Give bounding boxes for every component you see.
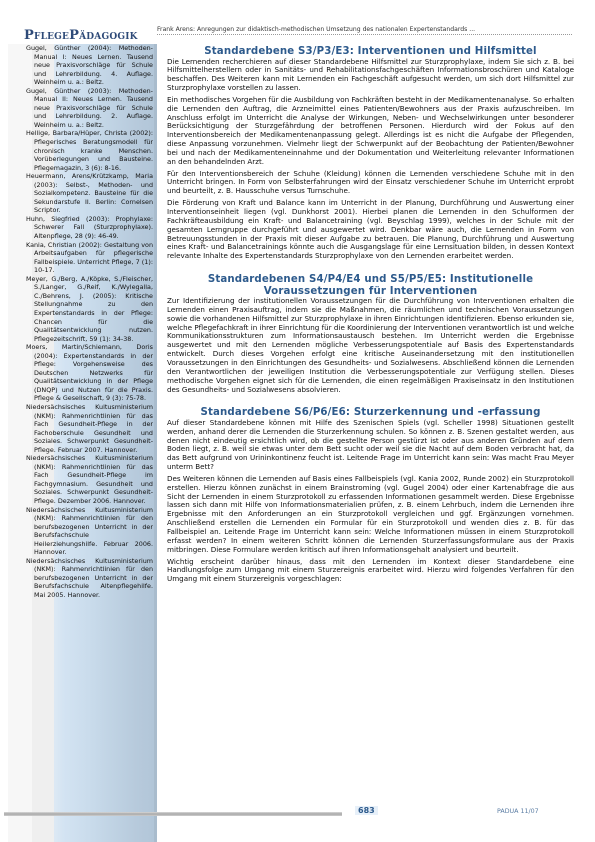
reference-item: Hellige, Barbara/Hüper, Christa (2002): … [26,129,153,172]
paragraph: Die Lernenden recherchieren auf dieser S… [167,58,574,93]
paragraph: Wichtig erscheint darüber hinaus, dass m… [167,558,574,585]
main-column: Standardebene S3/P3/E3: Interventionen u… [167,46,574,587]
paragraph: Zur Identifizierung der institutionellen… [167,297,574,394]
spacer [167,397,574,407]
section-heading: Standardebene S3/P3/E3: Interventionen u… [167,46,574,58]
running-head: Frank Arens: Anregungen zur didaktisch-m… [157,26,572,35]
sidebar-divider [154,44,157,842]
journal-brand: PflegePädagogik [24,28,138,43]
reference-item: Meyer, G./Berg, A./Köpke, S./Fleischer, … [26,275,153,343]
reference-item: Moers, Martin/Schiemann, Doris (2004): E… [26,343,153,403]
reference-item: Niedersächsisches Kultusministerium (NKM… [26,454,153,505]
reference-item: Niedersächsisches Kultusministerium (NKM… [26,506,153,557]
reference-item: Kania, Christian (2002): Gestaltung von … [26,241,153,275]
section-s4-s5: Standardebenen S4/P4/E4 und S5/P5/E5: In… [167,274,574,394]
spacer [167,264,574,274]
footer-journal-issue: PADUA 11/07 [497,808,539,815]
paragraph: Die Förderung von Kraft und Balance kann… [167,199,574,261]
reference-item: Gugel, Günther (2003): Methoden-Manual I… [26,87,153,130]
reference-item: Niedersächsisches Kultusministerium (NKM… [26,403,153,454]
paragraph: Für den Interventionsbereich der Schuhe … [167,170,574,197]
footer-rule [4,812,342,816]
section-heading: Standardebenen S4/P4/E4 und S5/P5/E5: In… [167,274,574,297]
reference-item: Huhn, Siegfried (2003): Prophylaxe: Schw… [26,215,153,241]
paragraph: Auf dieser Standardebene können mit Hilf… [167,419,574,472]
section-s6: Standardebene S6/P6/E6: Sturzerkennung u… [167,407,574,584]
reference-item: Niedersächsisches Kultusministerium (NKM… [26,557,153,600]
section-s3: Standardebene S3/P3/E3: Interventionen u… [167,46,574,261]
reference-item: Heuermann, Arens/Krützkamp, Maria (2003)… [26,172,153,215]
paragraph: Ein methodisches Vorgehen für die Ausbil… [167,96,574,167]
paragraph: Des Weiteren können die Lernenden auf Ba… [167,475,574,555]
reference-list: Gugel, Günther (2004): Methoden-Manual I… [26,44,153,600]
reference-item: Gugel, Günther (2004): Methoden-Manual I… [26,44,153,87]
page-number: 683 [355,806,378,815]
